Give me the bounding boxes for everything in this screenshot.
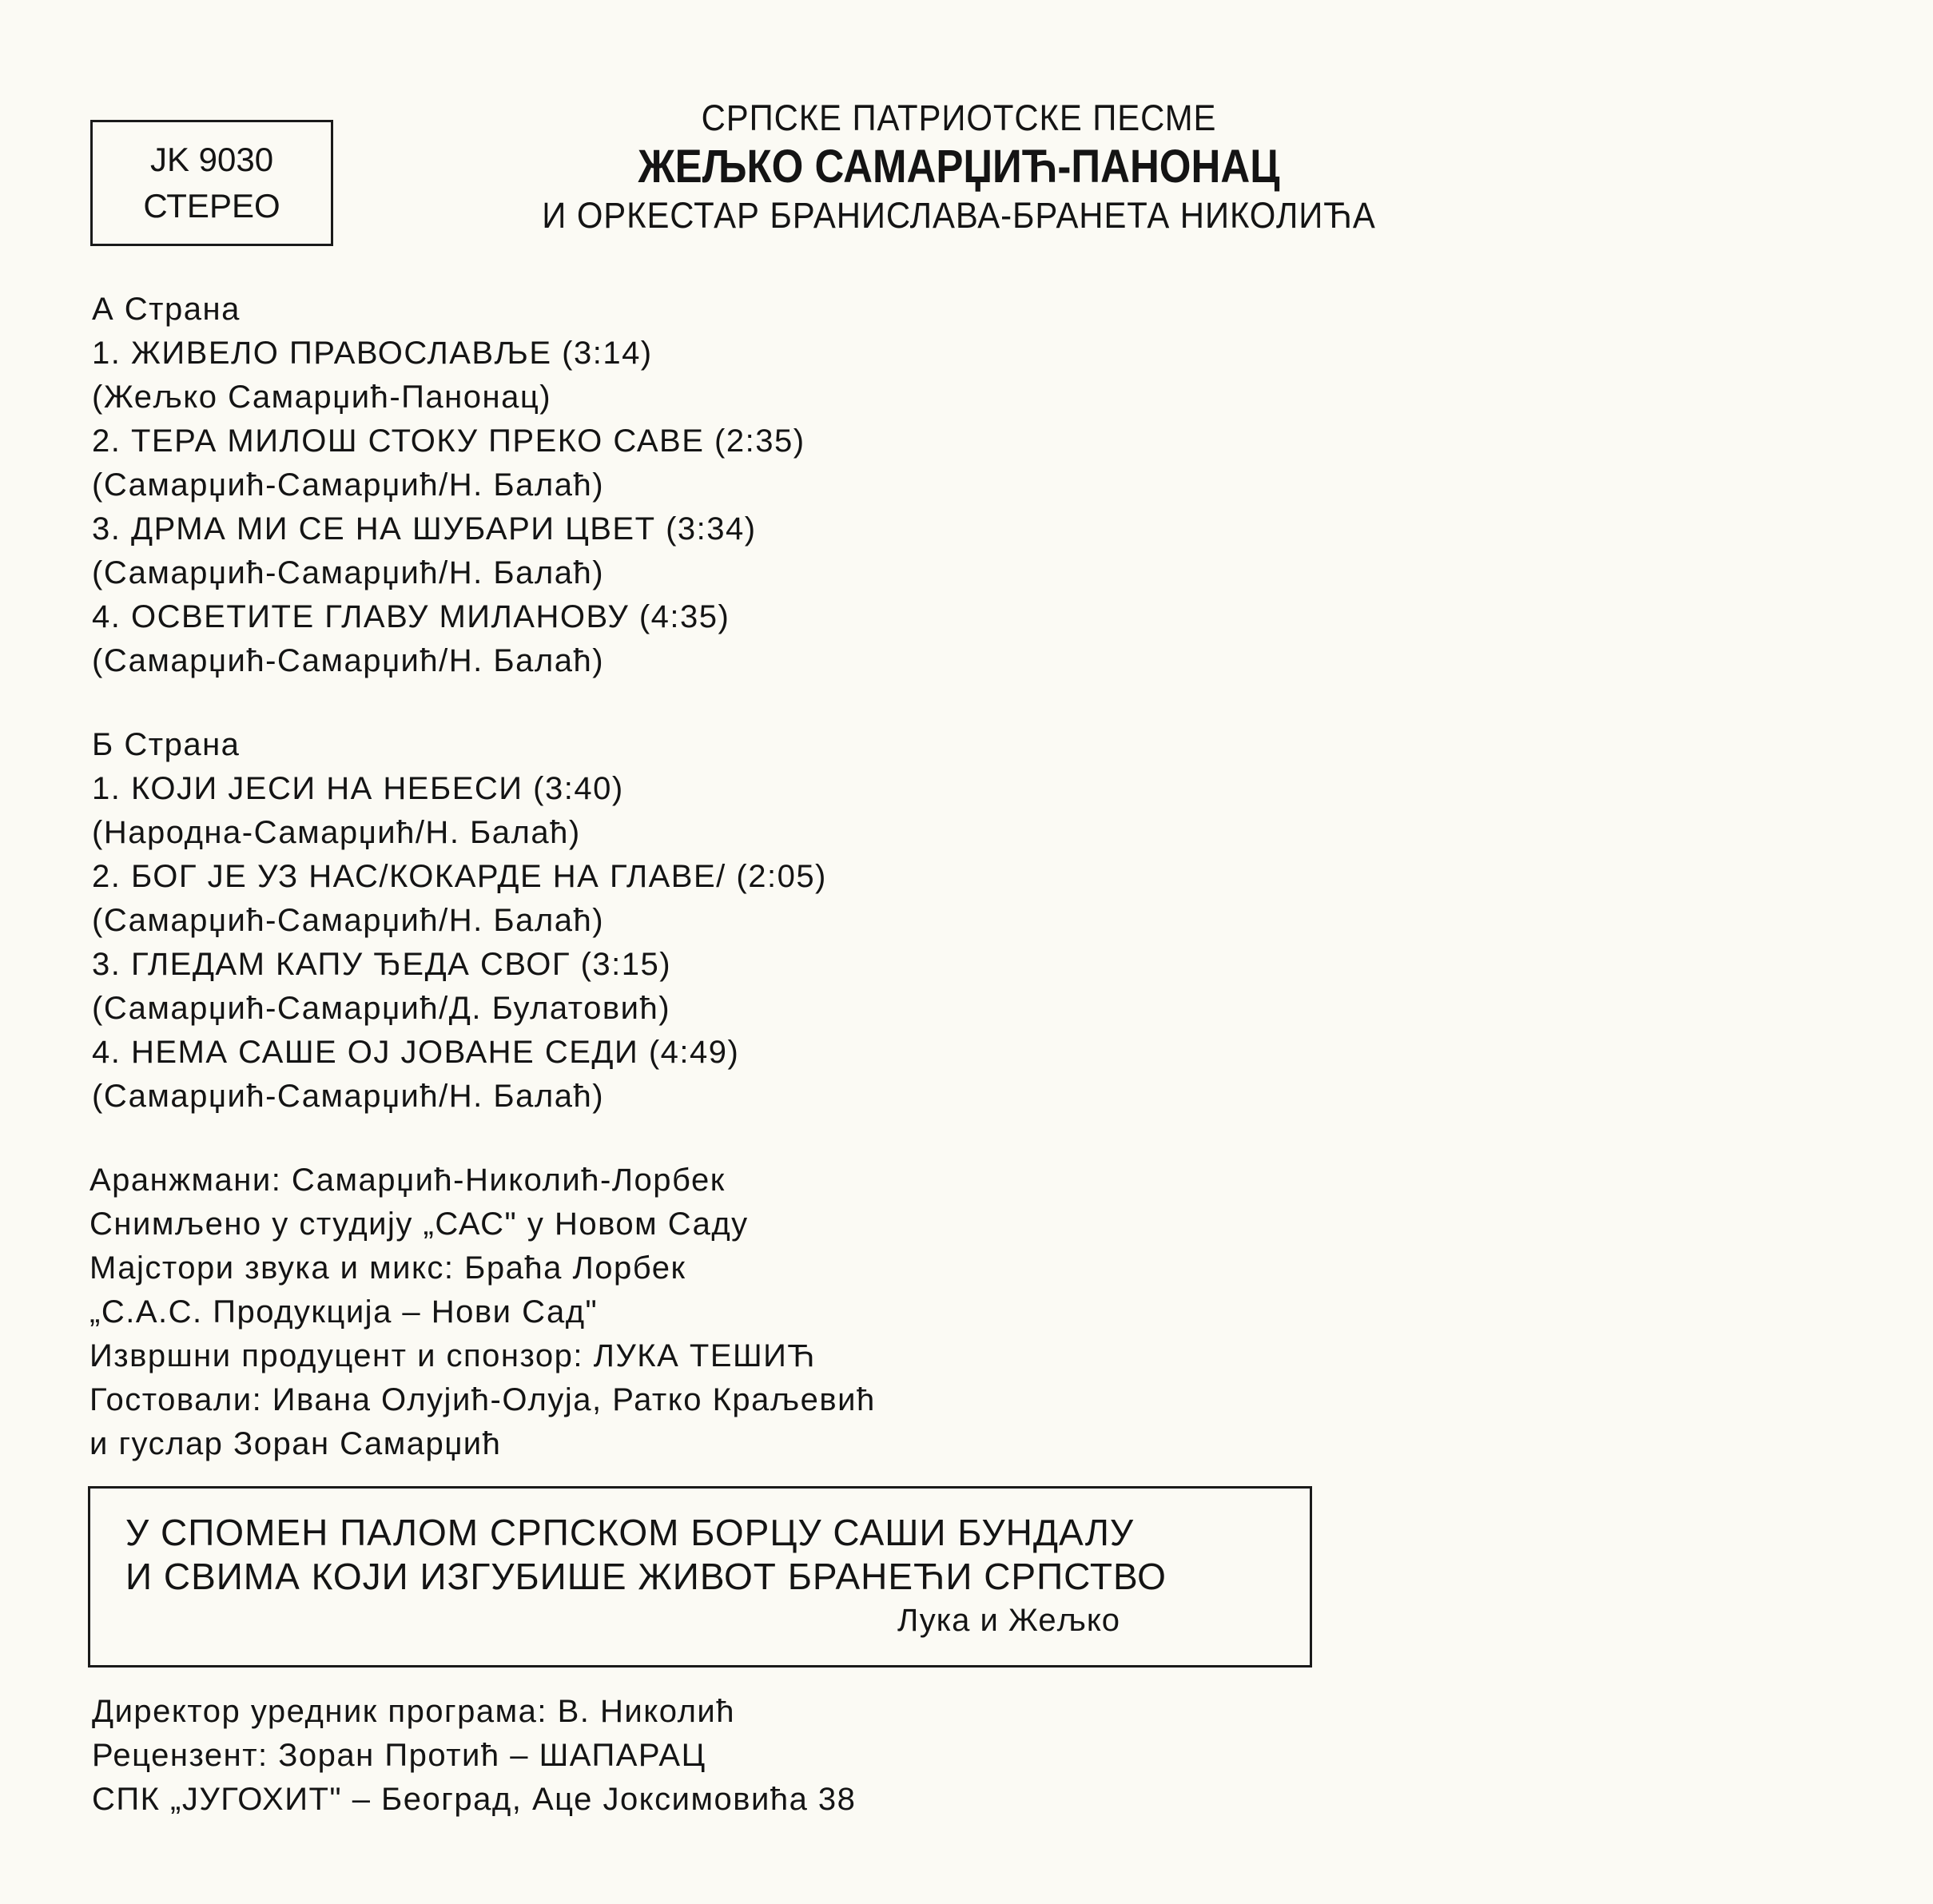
memorial-line-2: И СВИМА КОЈИ ИЗГУБИШЕ ЖИВОТ БРАНЕЋИ СРПС… (125, 1555, 1167, 1599)
track-title: 3. ГЛЕДАМ КАПУ ЂЕДА СВОГ (3:15) (92, 943, 827, 987)
credit-line: Извршни продуцент и спонзор: ЛУКА ТЕШИЋ (89, 1334, 876, 1378)
side-a-label: А Страна (92, 288, 805, 332)
side-b-label: Б Страна (92, 723, 827, 767)
track-credits: (Самарџић-Самарџић/Н. Балаћ) (92, 899, 827, 943)
track-credits: (Самарџић-Самарџић/Н. Балаћ) (92, 463, 805, 507)
track-title: 2. ТЕРА МИЛОШ СТОКУ ПРЕКО САВЕ (2:35) (92, 419, 805, 463)
album-subtitle: СРПСКЕ ПАТРИОТСКЕ ПЕСМЕ (483, 94, 1434, 142)
credit-line: и гуслар Зоран Самарџић (89, 1422, 876, 1466)
credit-line: Аранжмани: Самарџић-Николић-Лорбек (89, 1159, 876, 1202)
credit-line: Мајстори звука и микс: Браћа Лорбек (89, 1246, 876, 1290)
catalog-box: JK 9030 СТЕРЕО (90, 120, 333, 246)
credit-line: Гостовали: Ивана Олујић-Олуја, Ратко Кра… (89, 1378, 876, 1422)
memorial-box: У СПОМЕН ПАЛОМ СРПСКОМ БОРЦУ САШИ БУНДАЛ… (88, 1486, 1312, 1667)
footer-line: СПК „ЈУГОХИТ" – Београд, Аце Јоксимовића… (92, 1778, 856, 1822)
footer-line: Рецензент: Зоран Протић – ШАПАРАЦ (92, 1734, 856, 1778)
track-title: 1. КОЈИ ЈЕСИ НА НЕБЕСИ (3:40) (92, 767, 827, 811)
track-title: 2. БОГ ЈЕ УЗ НАС/КОКАРДЕ НА ГЛАВЕ/ (2:05… (92, 855, 827, 899)
credit-line: Снимљено у студију „САС" у Новом Саду (89, 1202, 876, 1246)
orchestra-name: И ОРКЕСТАР БРАНИСЛАВА-БРАНЕТА НИКОЛИЋА (483, 192, 1434, 240)
footer-credits: Директор уредник програма: В. Николић Ре… (92, 1690, 856, 1822)
catalog-number: JK 9030 (150, 137, 273, 183)
catalog-format: СТЕРЕО (143, 183, 280, 229)
side-a-tracklist: А Страна 1. ЖИВЕЛО ПРАВОСЛАВЉЕ (3:14) (Ж… (92, 288, 805, 683)
track-credits: (Самарџић-Самарџић/Н. Балаћ) (92, 639, 805, 683)
track-title: 1. ЖИВЕЛО ПРАВОСЛАВЉЕ (3:14) (92, 332, 805, 376)
track-credits: (Народна-Самарџић/Н. Балаћ) (92, 811, 827, 855)
track-title: 4. ОСВЕТИТЕ ГЛАВУ МИЛАНОВУ (4:35) (92, 595, 805, 639)
track-title: 4. НЕМА САШЕ ОЈ ЈОВАНЕ СЕДИ (4:49) (92, 1031, 827, 1075)
memorial-signature: Лука и Жељко (897, 1599, 1120, 1643)
track-credits: (Жељко Самарџић-Панонац) (92, 376, 805, 419)
artist-name: ЖЕЉКО САМАРЏИЋ-ПАНОНАЦ (509, 142, 1409, 192)
track-credits: (Самарџић-Самарџић/Н. Балаћ) (92, 1075, 827, 1119)
track-title: 3. ДРМА МИ СЕ НА ШУБАРИ ЦВЕТ (3:34) (92, 507, 805, 551)
credit-line: „С.А.С. Продукција – Нови Сад" (89, 1290, 876, 1334)
track-credits: (Самарџић-Самарџић/Д. Булатовић) (92, 987, 827, 1031)
production-credits: Аранжмани: Самарџић-Николић-Лорбек Снимљ… (89, 1159, 876, 1466)
header: СРПСКЕ ПАТРИОТСКЕ ПЕСМЕ ЖЕЉКО САМАРЏИЋ-П… (447, 94, 1470, 240)
side-b-tracklist: Б Страна 1. КОЈИ ЈЕСИ НА НЕБЕСИ (3:40) (… (92, 723, 827, 1119)
footer-line: Директор уредник програма: В. Николић (92, 1690, 856, 1734)
track-credits: (Самарџић-Самарџић/Н. Балаћ) (92, 551, 805, 595)
memorial-line-1: У СПОМЕН ПАЛОМ СРПСКОМ БОРЦУ САШИ БУНДАЛ… (125, 1511, 1134, 1555)
